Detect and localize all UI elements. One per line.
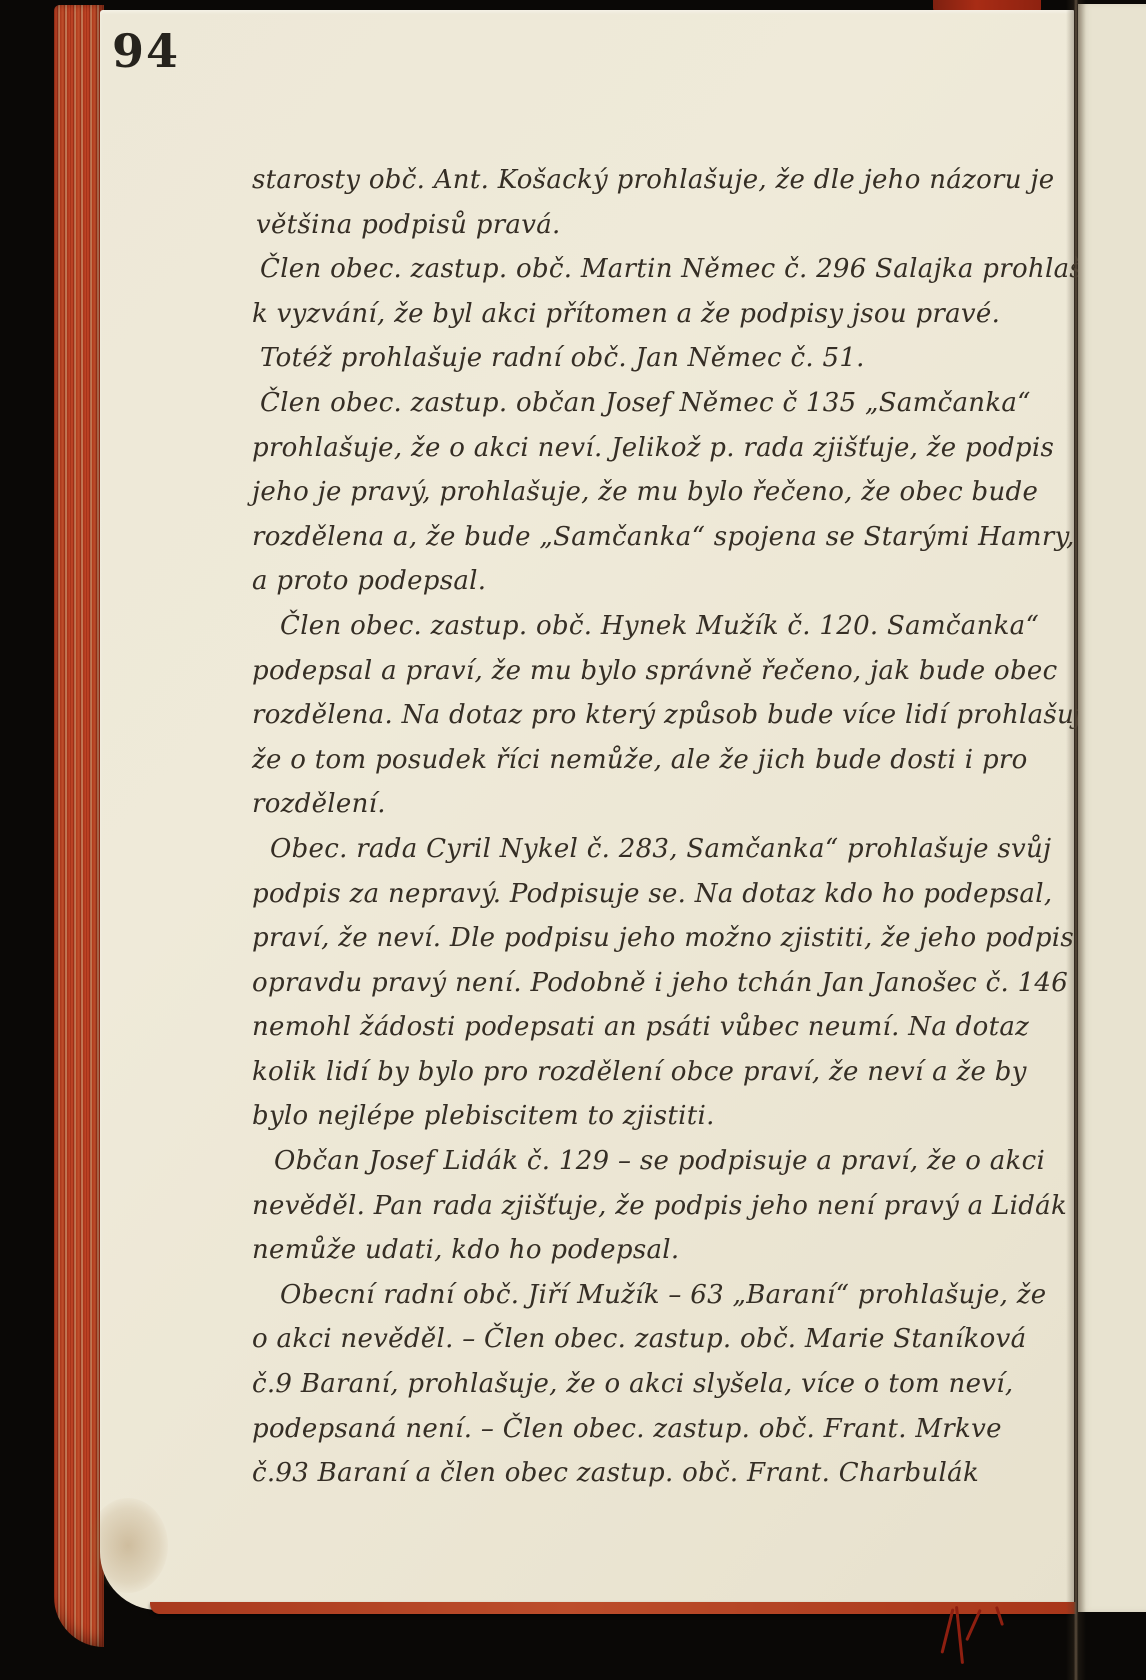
text-line: č.93 Baraní a člen obec zastup. obč. Fra… bbox=[252, 1451, 1052, 1496]
text-line: rozdělena. Na dotaz pro který způsob bud… bbox=[252, 693, 1052, 738]
text-line: o akci nevěděl. – Člen obec. zastup. obč… bbox=[252, 1317, 1052, 1362]
text-line: podpis za nepravý. Podpisuje se. Na dota… bbox=[252, 872, 1052, 917]
text-line: rozdělení. bbox=[252, 782, 1052, 827]
ribbon-thread bbox=[995, 1606, 1004, 1626]
ribbon-thread bbox=[965, 1609, 982, 1641]
text-line: většina podpisů pravá. bbox=[252, 203, 1052, 248]
text-line: Občan Josef Lidák č. 129 – se podpisuje … bbox=[252, 1139, 1052, 1184]
bookmark-ribbon-threads bbox=[928, 1606, 1028, 1680]
text-line: bylo nejlépe plebiscitem to zjistiti. bbox=[252, 1094, 1052, 1139]
text-line: k vyzvání, že byl akci přítomen a že pod… bbox=[252, 292, 1052, 337]
manuscript-text: starosty obč. Ant. Košacký prohlašuje, ž… bbox=[252, 158, 1052, 1496]
text-line: opravdu pravý není. Podobně i jeho tchán… bbox=[252, 961, 1052, 1006]
ribbon-thread bbox=[940, 1608, 954, 1653]
ribbon-thread bbox=[955, 1606, 964, 1664]
text-line: Člen obec. zastup. obč. Martin Němec č. … bbox=[252, 247, 1052, 292]
page-number: 94 bbox=[112, 24, 180, 78]
right-page-sliver bbox=[1078, 4, 1146, 1612]
text-line: jeho je pravý, prohlašuje, že mu bylo ře… bbox=[252, 470, 1052, 515]
text-line: praví, že neví. Dle podpisu jeho možno z… bbox=[252, 916, 1052, 961]
text-line: Totéž prohlašuje radní obč. Jan Němec č.… bbox=[252, 336, 1052, 381]
text-line: Člen obec. zastup. občan Josef Němec č 1… bbox=[252, 381, 1052, 426]
text-line: č.9 Baraní, prohlašuje, že o akci slyšel… bbox=[252, 1362, 1052, 1407]
text-line: Obec. rada Cyril Nykel č. 283, Samčanka“… bbox=[252, 827, 1052, 872]
text-line: prohlašuje, že o akci neví. Jelikož p. r… bbox=[252, 426, 1052, 471]
page-stain bbox=[88, 1498, 168, 1593]
page-edge-stack bbox=[54, 5, 104, 1647]
text-line: rozdělena a, že bude „Samčanka“ spojena … bbox=[252, 515, 1052, 560]
text-line: podepsal a praví, že mu bylo správně řeč… bbox=[252, 649, 1052, 694]
text-line: Člen obec. zastup. obč. Hynek Mužík č. 1… bbox=[252, 604, 1052, 649]
text-line: podepsaná není. – Člen obec. zastup. obč… bbox=[252, 1407, 1052, 1452]
text-line: že o tom posudek říci nemůže, ale že jic… bbox=[252, 738, 1052, 783]
gutter-crease bbox=[1066, 0, 1086, 1680]
text-line: starosty obč. Ant. Košacký prohlašuje, ž… bbox=[252, 158, 1052, 203]
text-line: kolik lidí by bylo pro rozdělení obce pr… bbox=[252, 1050, 1052, 1095]
text-line: Obecní radní obč. Jiří Mužík – 63 „Baran… bbox=[252, 1273, 1052, 1318]
text-line: a proto podepsal. bbox=[252, 559, 1052, 604]
text-line: nemůže udati, kdo ho podepsal. bbox=[252, 1228, 1052, 1273]
text-line: nemohl žádosti podepsati an psáti vůbec … bbox=[252, 1005, 1052, 1050]
left-page: 94 starosty obč. Ant. Košacký prohlašuje… bbox=[100, 10, 1074, 1610]
text-line: nevěděl. Pan rada zjišťuje, že podpis je… bbox=[252, 1184, 1052, 1229]
book-scan: 94 starosty obč. Ant. Košacký prohlašuje… bbox=[0, 0, 1146, 1680]
